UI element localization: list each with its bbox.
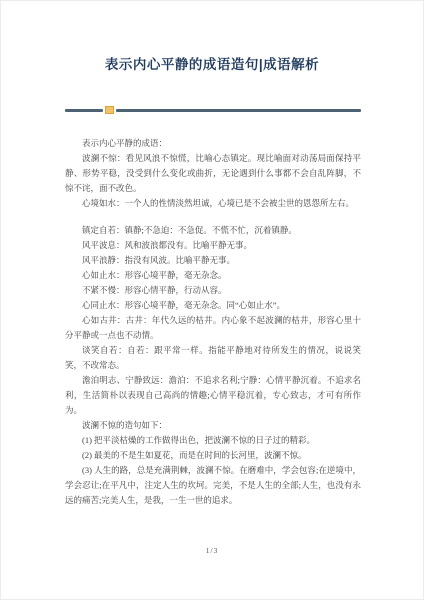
document-body: 表示内心平静的成语： 波澜不惊：看见风浪不惊慌，比喻心态镇定。现比喻面对动荡局面… [65,136,361,508]
doc-paragraph: 风平波息：风和波浪都没有。比喻平静无事。 [65,238,361,253]
divider-accent-square [105,106,114,114]
doc-paragraph: 波澜不惊的造句如下： [65,418,361,433]
doc-paragraph: 波澜不惊：看见风浪不惊慌，比喻心态镇定。现比喻面对动荡局面保持平静、形势平稳，没… [65,151,361,196]
doc-paragraph: (2) 最美的不是生如夏花，而是在时间的长河里，波澜不惊。 [65,448,361,463]
doc-paragraph: 心同止水：形容心境平静，毫无杂念。同“心如止水”。 [65,298,361,313]
doc-paragraph: 表示内心平静的成语： [65,136,361,151]
page-title: 表示内心平静的成语造句|成语解析 [1,53,423,73]
doc-paragraph: 澹泊明志、宁静致远：澹泊：不追求名利;宁静：心情平静沉着。不追求名利，生活简朴以… [65,373,361,418]
divider-line-left [65,109,103,112]
doc-paragraph: 风平浪静：指没有风波。比喻平静无事。 [65,253,361,268]
doc-paragraph: (1) 把平淡枯燥的工作做得出色，把波澜不惊的日子过的精彩。 [65,433,361,448]
doc-paragraph: 不紧不慢：形容心情平静，行动从容。 [65,283,361,298]
doc-paragraph: 心境如水：一个人的性情淡然坦诚，心境已是不会被尘世的恩怨所左右。 [65,196,361,211]
document-page: 表示内心平静的成语造句|成语解析 表示内心平静的成语： 波澜不惊：看见风浪不惊慌… [0,0,424,600]
title-divider [65,106,361,114]
doc-paragraph: 心如古井：古井：年代久远的枯井。内心象不起波澜的枯井，形容心里十分平静或一点也不… [65,313,361,343]
doc-paragraph: 谈笑自若：自若：跟平常一样。指能平静地对待所发生的情况，说说笑笑，不改常态。 [65,343,361,373]
page-number: 1/3 [1,546,423,555]
doc-paragraph: 心如止水：形容心境平静，毫无杂念。 [65,268,361,283]
divider-line-right [116,109,361,112]
doc-paragraph: 镇定自若：镇静;不急迫：不急促。不慌不忙，沉着镇静。 [65,223,361,238]
doc-paragraph: (3) 人生的路，总是充满荆棘，波澜不惊。在磨难中，学会包容;在逆境中，学会忍让… [65,463,361,508]
